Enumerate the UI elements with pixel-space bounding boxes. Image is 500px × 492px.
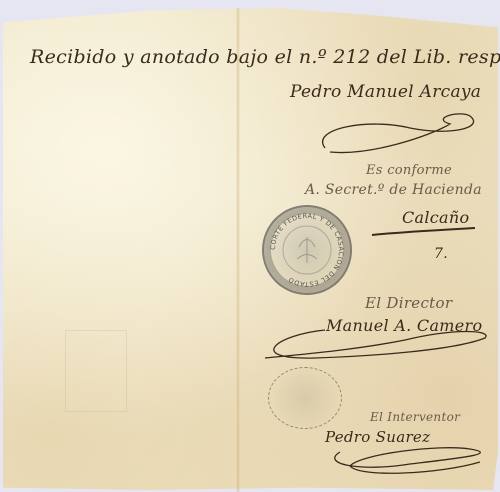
signature-flourish-1 <box>310 108 490 158</box>
signature-registrar: Pedro Manuel Arcaya <box>290 82 481 102</box>
fold-crease <box>236 8 240 492</box>
registration-line: Recibido y anotado bajo el n.º 212 del L… <box>30 46 500 68</box>
interventor-title: El Interventor <box>370 410 460 424</box>
signature-flourish-3 <box>320 444 500 484</box>
page-mark: 7. <box>434 246 448 262</box>
secretary-line: A. Secret.º de Hacienda <box>305 182 482 198</box>
official-seal: CORTE FEDERAL Y DE CASACION DEL ESTADO <box>262 205 352 295</box>
signature-underline <box>370 226 480 238</box>
signature-secretary: Calcaño <box>402 208 469 227</box>
watermark <box>65 330 127 412</box>
conformity-line: Es conforme <box>366 163 452 178</box>
faded-seal <box>268 367 342 429</box>
signature-flourish-2 <box>255 310 495 365</box>
